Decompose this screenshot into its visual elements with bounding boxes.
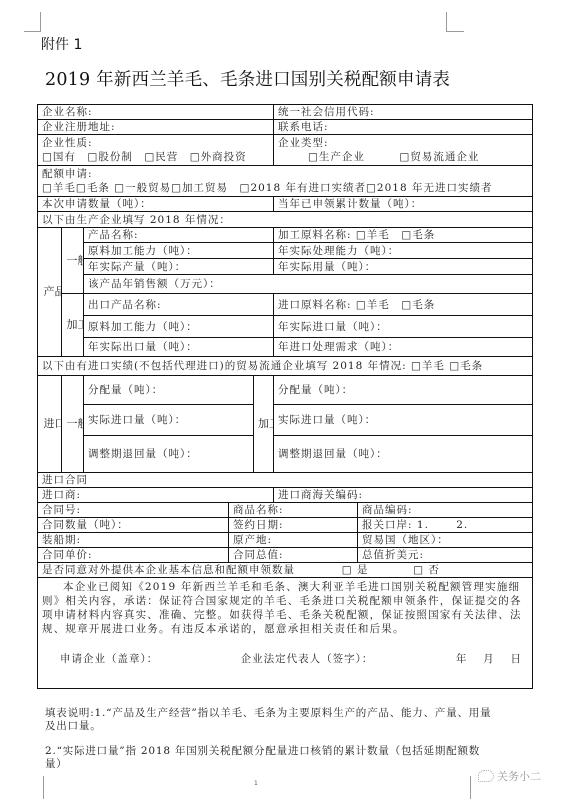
contract-no-field[interactable]: 合同号:: [38, 503, 229, 518]
importer-field[interactable]: 进口商:: [38, 488, 274, 503]
company-type-options[interactable]: □生产企业 □贸易流通企业: [278, 150, 528, 164]
general-trade-label: 一般贸易: [62, 228, 84, 294]
consent-no-checkbox[interactable]: □ 否: [413, 564, 440, 576]
annual-import-field[interactable]: 年实际进口量（吨）：: [274, 316, 533, 338]
watermark: 关务小二: [478, 768, 541, 784]
application-form-table: 企业名称: 统一社会信用代码: 企业注册地址: 联系电话: 企业性质: □国有 …: [37, 104, 533, 689]
wechat-icon: [478, 770, 494, 782]
processing-actual-import-field[interactable]: 实际进口量（吨）：: [274, 405, 533, 436]
import-demand-field[interactable]: 年进口处理需求（吨）：: [274, 338, 533, 357]
signature-row: 申请企业（盖章）： 企业法定代表人（签字）： 年 月 日: [42, 652, 528, 666]
processing-allocation-field[interactable]: 分配量（吨）：: [274, 376, 533, 405]
filling-instructions: 填表说明:1.“产品及生产经营”指以羊毛、毛条为主要原料生产的产品、能力、产量、…: [45, 707, 495, 783]
attachment-label: 附件 1: [41, 34, 82, 54]
production-side-label: 产品及生产经营: [38, 228, 62, 357]
general-quota-label: 一般贸易配额: [62, 376, 84, 473]
general-allocation-field[interactable]: 分配量（吨）：: [84, 376, 254, 405]
annual-usage-field[interactable]: 年实际用量（吨）：: [274, 259, 533, 275]
export-product-name-field[interactable]: 出口产品名称:: [84, 294, 274, 316]
page-corner-mark: [446, 12, 464, 32]
processing-quota-label: 加工贸易配额: [254, 376, 274, 473]
pledge-cell: 本企业已阅知《2019 年新西兰羊毛和毛条、澳大利亚羊毛进口国别关税配额管理实施…: [38, 578, 533, 689]
this-application-qty-field[interactable]: 本次申请数量（吨）：: [38, 197, 274, 212]
quota-application-label: 配额申请:: [42, 167, 528, 181]
cumulative-qty-field[interactable]: 当年已申领累计数量（吨）：: [274, 197, 533, 212]
quota-application-field[interactable]: 配额申请: □羊毛□毛条 □一般贸易□加工贸易 □2018 年有进口实绩者□20…: [38, 166, 533, 197]
watermark-text: 关务小二: [497, 768, 541, 784]
contract-section-title: 进口合同: [38, 473, 533, 488]
page-number: 1: [254, 780, 258, 787]
general-actual-import-field[interactable]: 实际进口量（吨）：: [84, 405, 254, 436]
signature-date-field[interactable]: 年 月 日: [456, 652, 522, 666]
production-section-title: 以下由生产企业填写 2018 年情况：: [38, 212, 533, 228]
phone-field[interactable]: 联系电话:: [274, 120, 533, 135]
goods-name-field[interactable]: 商品名称:: [229, 503, 358, 518]
annual-processing-field[interactable]: 年实际处理能力（吨）：: [274, 243, 533, 259]
pledge-text: 本企业已阅知《2019 年新西兰羊毛和毛条、澳大利亚羊毛进口国别关税配额管理实施…: [42, 580, 528, 636]
company-nature-label: 企业性质:: [42, 136, 269, 150]
general-returned-field[interactable]: 调整期退回量（吨）：: [84, 436, 254, 473]
page-corner-mark: [0, 776, 44, 799]
consent-yes-checkbox[interactable]: □ 是: [342, 564, 369, 576]
page-corner-mark: [24, 12, 41, 32]
note-1: 填表说明:1.“产品及生产经营”指以羊毛、毛条为主要原料生产的产品、能力、产量、…: [45, 707, 495, 733]
unit-price-field[interactable]: 合同单价:: [38, 548, 229, 563]
quota-application-options[interactable]: □羊毛□毛条 □一般贸易□加工贸易 □2018 年有进口实绩者□2018 年无进…: [42, 181, 528, 195]
raw-material-name-field[interactable]: 加工原料名称: □羊毛 □毛条: [274, 228, 533, 243]
consent-row: 是否同意对外提供本企业基本信息和配额申领数量 □ 是 □ 否: [38, 563, 533, 578]
processing-trade-label: 加工贸易: [62, 294, 84, 357]
sign-date-field[interactable]: 签约日期:: [229, 518, 358, 533]
company-address-field[interactable]: 企业注册地址:: [38, 120, 274, 135]
credit-code-field[interactable]: 统一社会信用代码:: [274, 105, 533, 120]
origin-field[interactable]: 原产地:: [229, 533, 358, 548]
contract-qty-field[interactable]: 合同数量（吨）：: [38, 518, 229, 533]
legal-rep-signature-field[interactable]: 企业法定代表人（签字）：: [241, 652, 374, 666]
annual-export-field[interactable]: 年实际出口量（吨）：: [84, 338, 274, 357]
customs-port-field[interactable]: 报关口岸: 1. 2.: [358, 518, 533, 533]
trading-section-title: 以下由有进口实绩(不包括代理进口)的贸易流通企业填写 2018 年情况: □羊毛…: [38, 357, 533, 376]
trade-country-field[interactable]: 贸易国（地区）：: [358, 533, 533, 548]
shipment-date-field[interactable]: 装船期:: [38, 533, 229, 548]
document-title: 2019 年新西兰羊毛、毛条进口国别关税配额申请表: [45, 66, 450, 91]
company-nature-field[interactable]: 企业性质: □国有 □股份制 □民营 □外商投资: [38, 135, 274, 166]
usd-value-field[interactable]: 总值折美元:: [358, 548, 533, 563]
total-value-field[interactable]: 合同总值:: [229, 548, 358, 563]
consent-question: 是否同意对外提供本企业基本信息和配额申领数量: [42, 564, 295, 576]
product-name-field[interactable]: 产品名称:: [84, 228, 274, 243]
company-name-field[interactable]: 企业名称:: [38, 105, 274, 120]
company-nature-options[interactable]: □国有 □股份制 □民营 □外商投资: [42, 150, 269, 164]
note-2: 2.“实际进口量”指 2018 年国别关税配额分配量进口核销的累计数量（包括延期…: [45, 745, 495, 771]
import-material-name-field[interactable]: 进口原料名称: □羊毛 □毛条: [274, 294, 533, 316]
processing-capacity-field[interactable]: 原料加工能力（吨）：: [84, 316, 274, 338]
company-type-field[interactable]: 企业类型: □生产企业 □贸易流通企业: [274, 135, 533, 166]
goods-code-field[interactable]: 商品编码:: [358, 503, 533, 518]
processing-capacity-field[interactable]: 原料加工能力（吨）：: [84, 243, 274, 259]
annual-sales-field[interactable]: 该产品年销售额（万元）：: [84, 275, 533, 294]
company-type-label: 企业类型:: [278, 136, 528, 150]
processing-returned-field[interactable]: 调整期退回量（吨）：: [274, 436, 533, 473]
applicant-seal-field[interactable]: 申请企业（盖章）：: [60, 652, 158, 666]
importer-customs-code-field[interactable]: 进口商海关编码:: [274, 488, 533, 503]
annual-output-field[interactable]: 年实际产量（吨）：: [84, 259, 274, 275]
import-status-side-label: 进口情况: [38, 376, 62, 473]
